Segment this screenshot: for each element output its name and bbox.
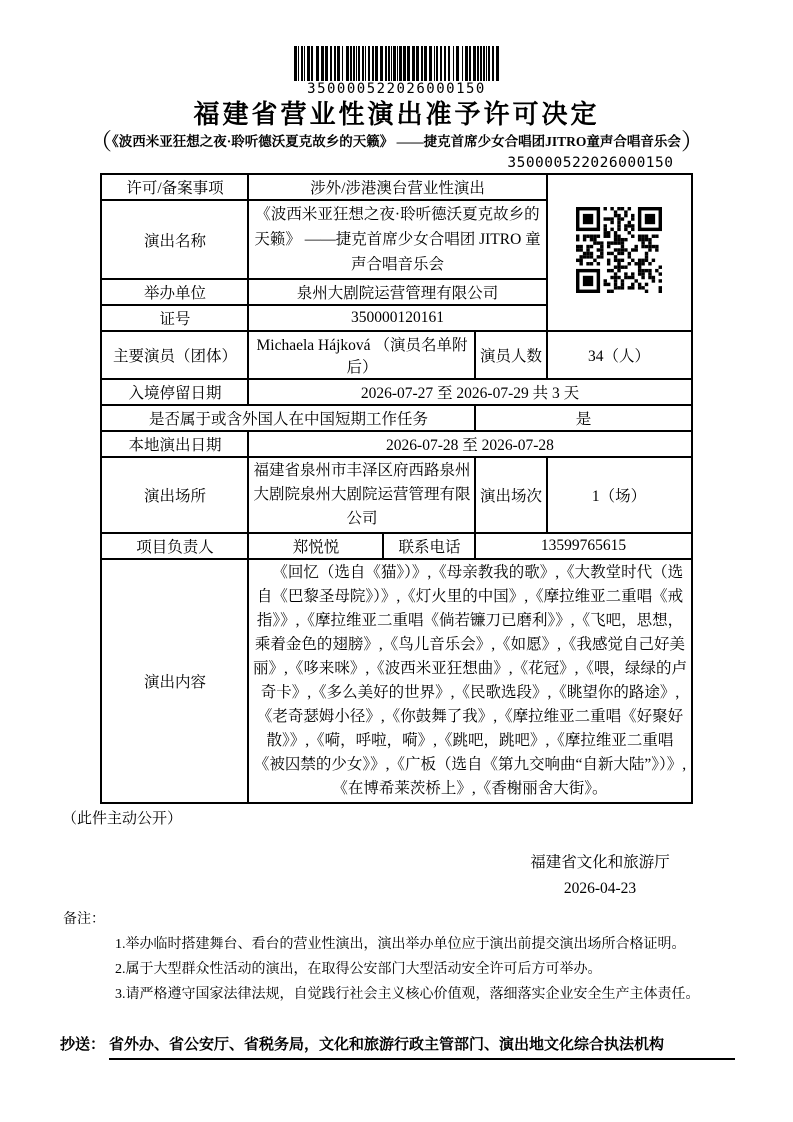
barcode-image (294, 46, 499, 81)
main-actors-label: 主要演员（团体） (101, 331, 248, 379)
page-subtitle: （《波西米亚狂想之夜·聆听德沃夏克故乡的天籁》 ——捷克首席少女合唱团JITRO… (0, 131, 793, 153)
barcode-number: 350000522026000150 (0, 81, 793, 97)
local-dates-label: 本地演出日期 (101, 431, 248, 457)
cert-number-value: 350000120161 (248, 305, 546, 331)
venue-label: 演出场所 (101, 457, 248, 533)
phone-value: 13599765615 (475, 533, 691, 559)
qr-code-image (576, 207, 662, 293)
entry-dates-value: 2026-07-27 至 2026-07-29 共 3 天 (248, 379, 691, 405)
foreign-work-value: 是 (475, 405, 691, 431)
manager-label: 项目负责人 (101, 533, 248, 559)
table-row: 项目负责人 郑悦悦 联系电话 13599765615 (101, 533, 691, 559)
remark-item-3: 3.请严格遵守国家法律法规，自觉践行社会主义核心价值观，落细落实企业安全生产主体… (115, 982, 793, 1007)
cc-label: 抄送： (60, 1035, 109, 1060)
cc-value: 省外办、省公安厅、省税务局，文化和旅游行政主管部门、演出地文化综合执法机构 (109, 1035, 735, 1060)
signature-block: 福建省文化和旅游厅 2026-04-23 (485, 850, 715, 902)
local-dates-value: 2026-07-28 至 2026-07-28 (248, 431, 691, 457)
table-row: 本地演出日期 2026-07-28 至 2026-07-28 (101, 431, 691, 457)
content-label: 演出内容 (101, 559, 248, 803)
organizer-label: 举办单位 (101, 279, 248, 305)
remarks-section: 备注： 1.举办临时搭建舞台、看台的营业性演出，演出举办单位应于演出前提交演出场… (63, 908, 793, 1007)
venue-value: 福建省泉州市丰泽区府西路泉州大剧院泉州大剧院运营管理有限公司 (248, 457, 475, 533)
public-disclosure-note: （此件主动公开） (62, 811, 793, 828)
issuing-authority: 福建省文化和旅游厅 (485, 850, 715, 876)
table-row: 是否属于或含外国人在中国短期工作任务 是 (101, 405, 691, 431)
sessions-value: 1（场） (547, 457, 692, 533)
remark-item-2: 2.属于大型群众性活动的演出，在取得公安部门大型活动安全许可后方可举办。 (115, 957, 793, 982)
entry-dates-label: 入境停留日期 (101, 379, 248, 405)
sessions-label: 演出场次 (475, 457, 546, 533)
organizer-value: 泉州大剧院运营管理有限公司 (248, 279, 546, 305)
document-page: 350000522026000150 福建省营业性演出准予许可决定 （《波西米亚… (0, 0, 793, 1122)
remark-item-1: 1.举办临时搭建舞台、看台的营业性演出，演出举办单位应于演出前提交演出场所合格证… (115, 932, 793, 957)
permit-table: 许可/备案事项 涉外/涉港澳台营业性演出 演出名称 《波西米亚狂想之夜·聆听德沃… (100, 173, 692, 804)
qr-cell (547, 174, 692, 331)
cc-line: 抄送： 省外办、省公安厅、省税务局，文化和旅游行政主管部门、演出地文化综合执法机… (60, 1035, 735, 1060)
actor-count-value: 34（人） (547, 331, 692, 379)
phone-label: 联系电话 (383, 533, 475, 559)
barcode-block (0, 46, 793, 81)
permit-value: 涉外/涉港澳台营业性演出 (248, 174, 546, 200)
permit-label: 许可/备案事项 (101, 174, 248, 200)
table-row: 演出场所 福建省泉州市丰泽区府西路泉州大剧院泉州大剧院运营管理有限公司 演出场次… (101, 457, 691, 533)
main-actors-value: Michaela Hájková （演员名单附后） (248, 331, 475, 379)
subtitle-text: 《波西米亚狂想之夜·聆听德沃夏克故乡的天籁》 ——捷克首席少女合唱团JITRO童… (112, 134, 681, 149)
foreign-work-label: 是否属于或含外国人在中国短期工作任务 (101, 405, 475, 431)
issue-date: 2026-04-23 (485, 876, 715, 902)
subtitle-paren-close: ） (681, 129, 704, 154)
subtitle-paren-open: （ (89, 129, 112, 154)
table-row: 入境停留日期 2026-07-27 至 2026-07-29 共 3 天 (101, 379, 691, 405)
document-number: 350000522026000150 (102, 155, 692, 172)
actor-count-label: 演员人数 (475, 331, 546, 379)
cert-number-label: 证号 (101, 305, 248, 331)
table-row: 许可/备案事项 涉外/涉港澳台营业性演出 (101, 174, 691, 200)
content-value: 《回忆（选自《猫》）》,《母亲教我的歌》,《大教堂时代（选自《巴黎圣母院》）》,… (248, 559, 691, 803)
manager-value: 郑悦悦 (248, 533, 383, 559)
table-row: 主要演员（团体） Michaela Hájková （演员名单附后） 演员人数 … (101, 331, 691, 379)
performance-name-value: 《波西米亚狂想之夜·聆听德沃夏克故乡的天籁》 ——捷克首席少女合唱团 JITRO… (248, 200, 546, 279)
table-row: 演出内容 《回忆（选自《猫》）》,《母亲教我的歌》,《大教堂时代（选自《巴黎圣母… (101, 559, 691, 803)
page-title: 福建省营业性演出准予许可决定 (0, 100, 793, 128)
performance-name-label: 演出名称 (101, 200, 248, 279)
remarks-label: 备注： (63, 908, 793, 932)
